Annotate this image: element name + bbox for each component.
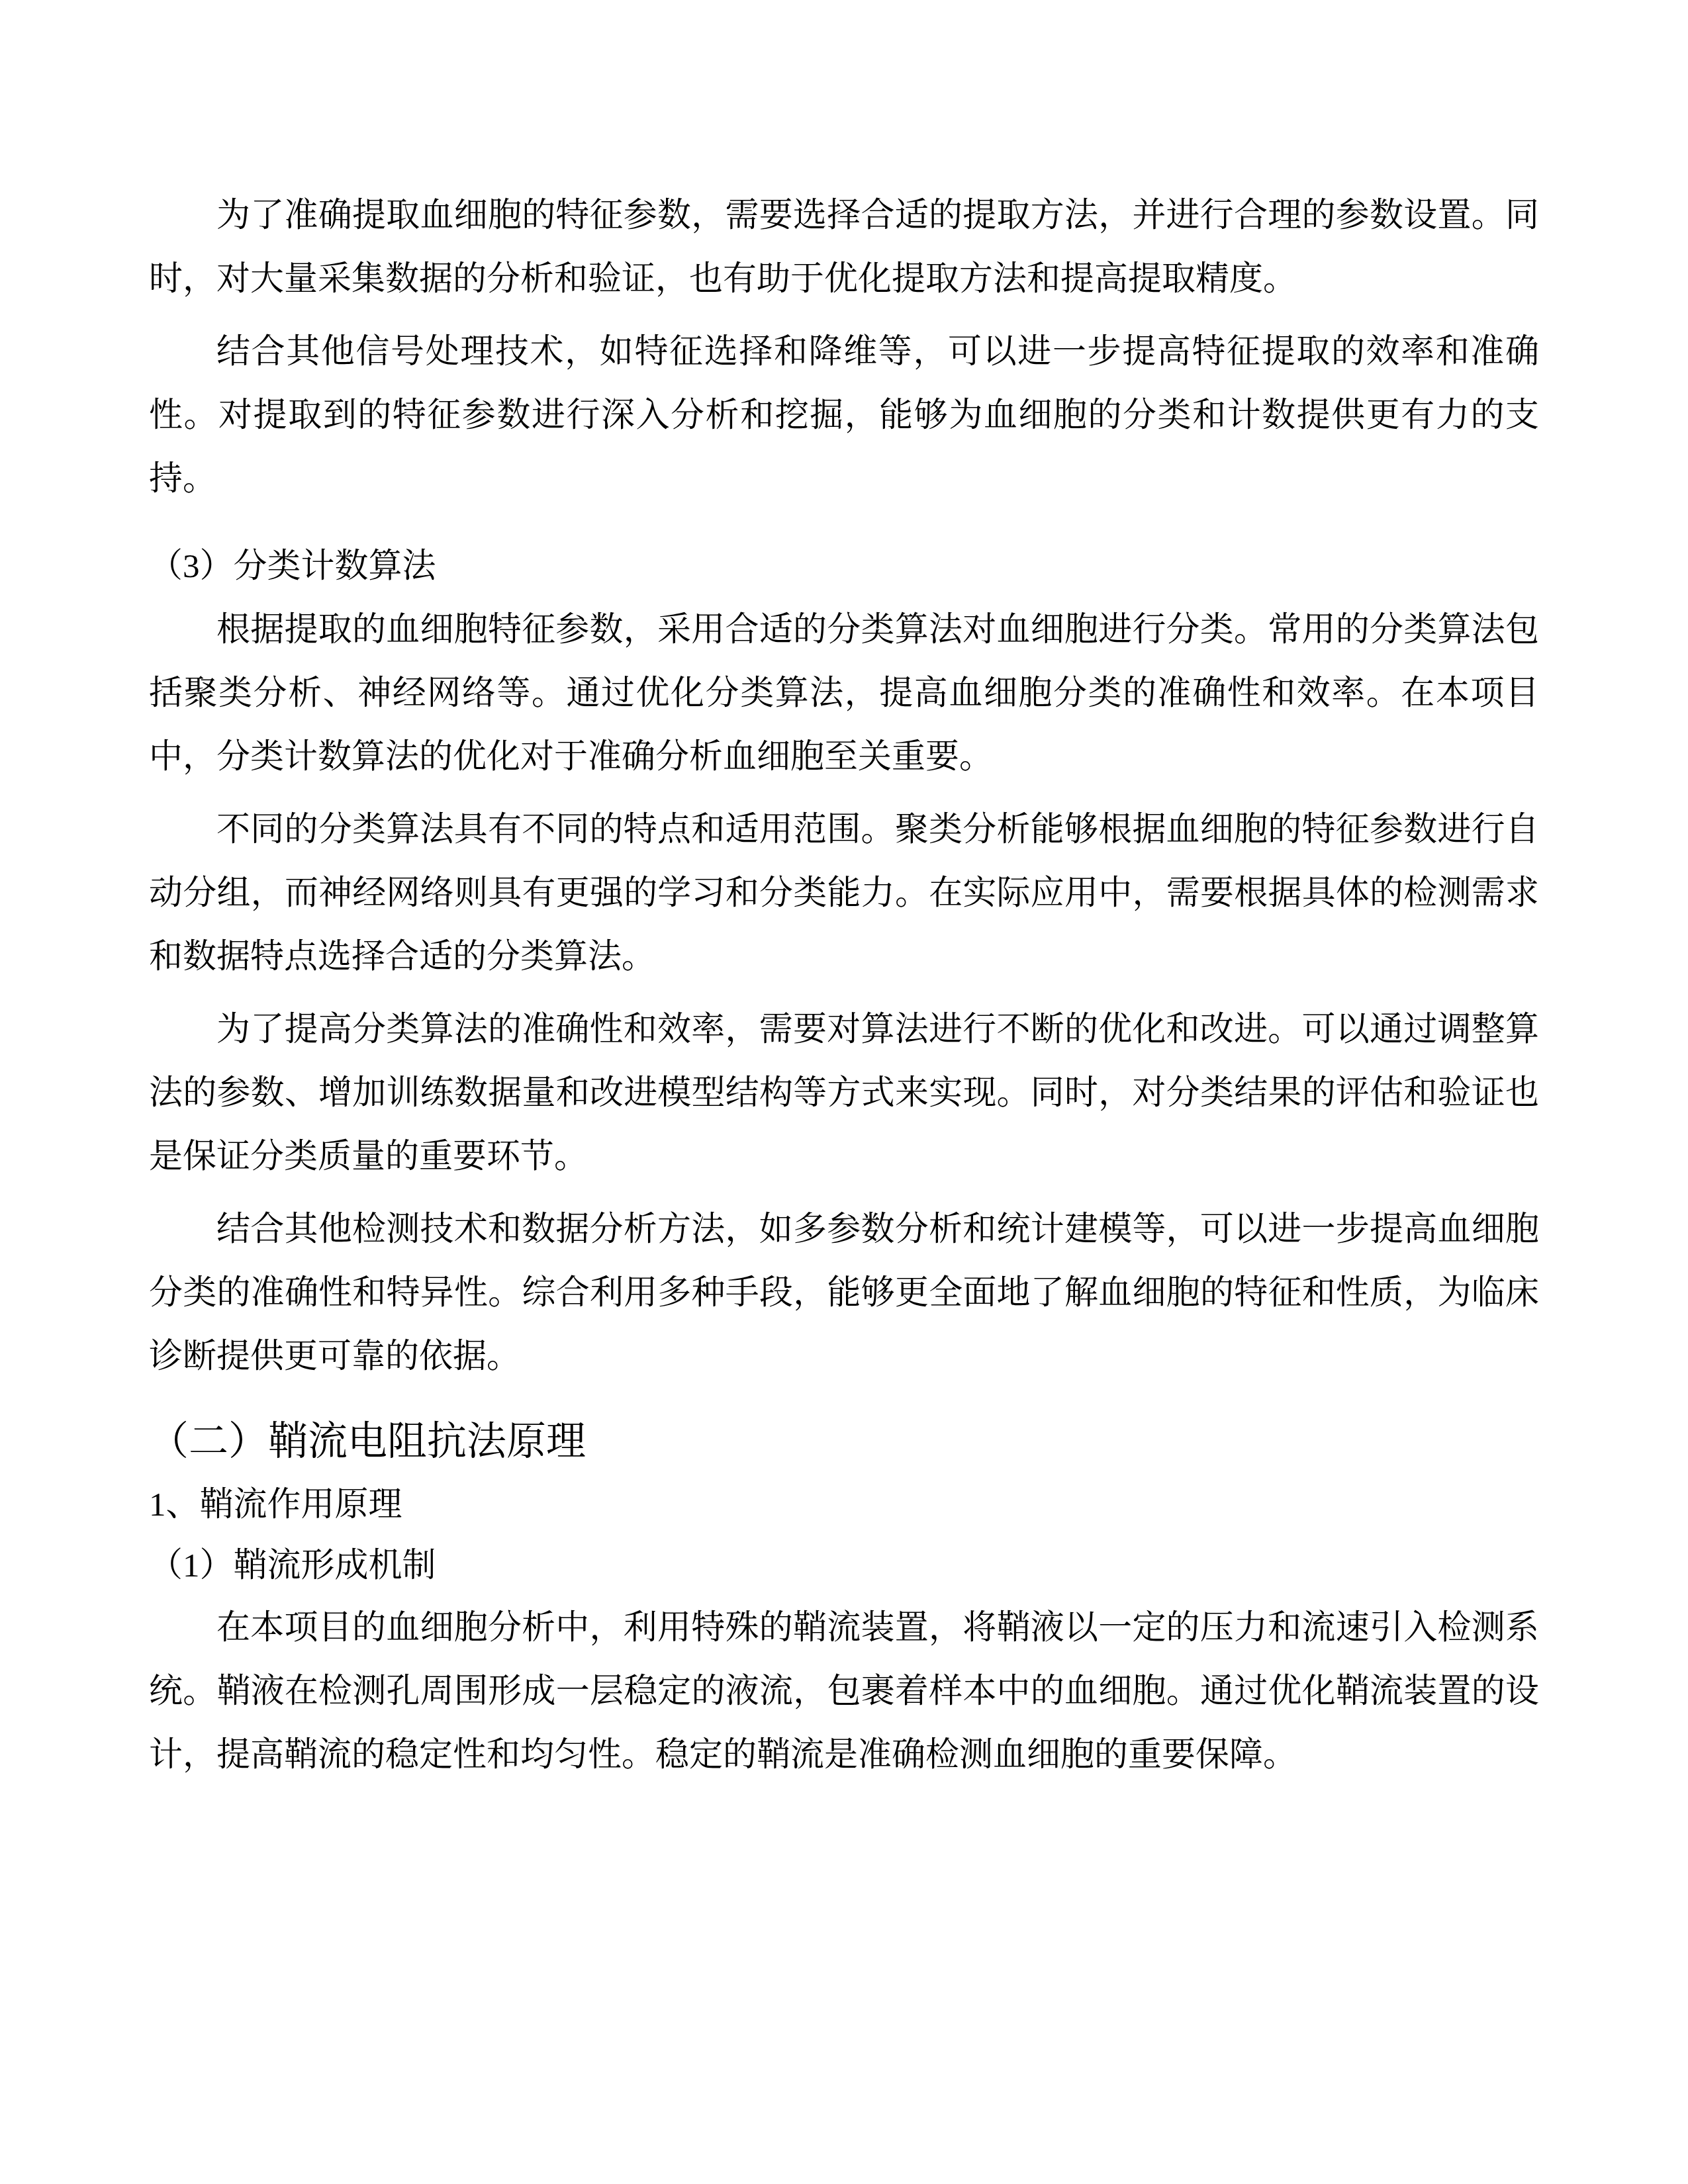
heading-sheath-flow-principle: 1、鞘流作用原理 xyxy=(149,1475,1539,1535)
paragraph-combined-detection: 结合其他检测技术和数据分析方法，如多参数分析和统计建模等，可以进一步提高血细胞分… xyxy=(149,1198,1539,1388)
paragraph-feature-extraction-params: 为了准确提取血细胞的特征参数，需要选择合适的提取方法，并进行合理的参数设置。同时… xyxy=(149,184,1539,311)
heading-sheath-flow-impedance: （二）鞘流电阻抗法原理 xyxy=(149,1408,1539,1475)
paragraph-classification-methods: 根据提取的血细胞特征参数，采用合适的分类算法对血细胞进行分类。常用的分类算法包括… xyxy=(149,598,1539,789)
paragraph-sheath-flow-device: 在本项目的血细胞分析中，利用特殊的鞘流装置，将鞘液以一定的压力和流速引入检测系统… xyxy=(149,1596,1539,1787)
paragraph-signal-processing: 结合其他信号处理技术，如特征选择和降维等，可以进一步提高特征提取的效率和准确性。… xyxy=(149,320,1539,511)
paragraph-algorithm-characteristics: 不同的分类算法具有不同的特点和适用范围。聚类分析能够根据血细胞的特征参数进行自动… xyxy=(149,798,1539,989)
paragraph-algorithm-optimization: 为了提高分类算法的准确性和效率，需要对算法进行不断的优化和改进。可以通过调整算法… xyxy=(149,998,1539,1189)
heading-classification-algorithm: （3）分类计数算法 xyxy=(149,535,1539,598)
document-page: 为了准确提取血细胞的特征参数，需要选择合适的提取方法，并进行合理的参数设置。同时… xyxy=(0,0,1688,2184)
document-content: 为了准确提取血细胞的特征参数，需要选择合适的提取方法，并进行合理的参数设置。同时… xyxy=(149,184,1539,1796)
heading-sheath-flow-mechanism: （1）鞘流形成机制 xyxy=(149,1535,1539,1596)
